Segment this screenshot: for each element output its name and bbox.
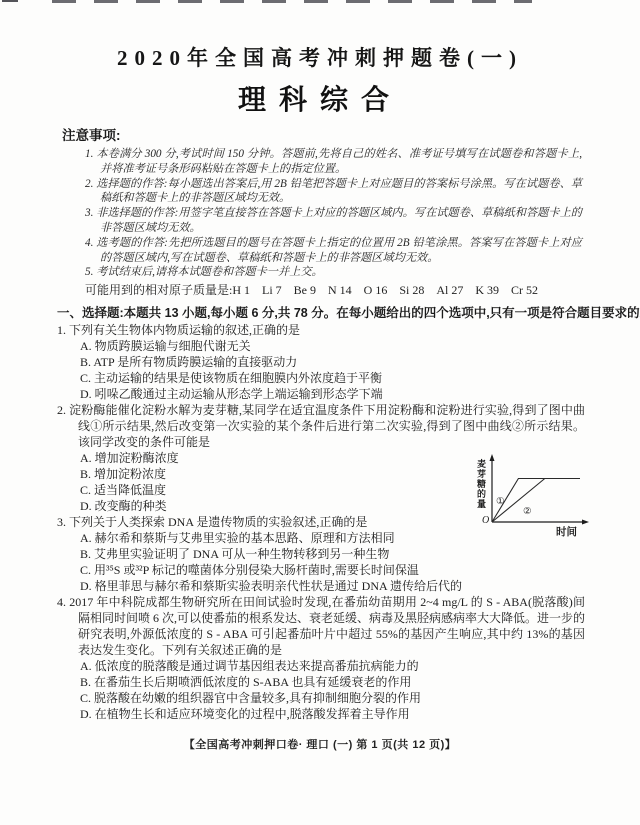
question-number: 3. bbox=[57, 515, 66, 529]
exam-title: 2020年全国高考冲刺押题卷(一) bbox=[0, 46, 640, 70]
notice-item: 4. 选考题的作答:先把所选题目的题号在答题卡上指定的位置用 2B 铅笔涂黑。答… bbox=[85, 236, 582, 266]
option-row: A. 物质跨膜运输与细胞代谢无关 bbox=[80, 338, 585, 354]
question-stem: 4. 2017 年中科院成都生物研究所在田间试验时发现,在番茄幼苗期用 2~4 … bbox=[57, 594, 585, 658]
page-footer: 【全国高考冲刺押口卷· 理口 (一) 第 1 页(共 12 页)】 bbox=[0, 736, 640, 752]
option-row: A. 低浓度的脱落酸是通过调节基因组表达来提高番茄抗病能力的 bbox=[80, 658, 585, 674]
y-axis-arrow-icon bbox=[490, 454, 495, 461]
option-row: B. 在番茄生长后期喷洒低浓度的 S-ABA 也具有延缓衰老的作用 bbox=[80, 674, 585, 690]
x-axis-label: 时间 bbox=[556, 524, 577, 539]
question-stem: 1. 下列有关生物体内物质运输的叙述,正确的是 bbox=[57, 322, 585, 338]
question-stem: 2. 淀粉酶能催化淀粉水解为麦芽糖,某同学在适宜温度条件下用淀粉酶和淀粉进行实验… bbox=[57, 402, 585, 450]
curve-1-label: ① bbox=[496, 496, 505, 507]
notice-item: 2. 选择题的作答:每小题选出答案后,用 2B 铅笔把答题卡上对应题目的答案标号… bbox=[85, 177, 582, 207]
notice-list: 1. 本卷满分 300 分,考试时间 150 分钟。答题前,先将自己的姓名、准考… bbox=[85, 147, 582, 280]
atomic-mass-line: 可能用到的相对原子质量是:H 1 Li 7 Be 9 N 14 O 16 Si … bbox=[85, 282, 585, 298]
option-row: D. 吲哚乙酸通过主动运输从形态学上端运输到形态学下端 bbox=[80, 386, 585, 402]
subject-title: 理科综合 bbox=[0, 86, 640, 116]
notice-item: 1. 本卷满分 300 分,考试时间 150 分钟。答题前,先将自己的姓名、准考… bbox=[85, 147, 582, 177]
option-row: D. 格里菲思与赫尔希和蔡斯实验表明亲代性状是通过 DNA 遗传给后代的 bbox=[80, 578, 585, 594]
question-4: 4. 2017 年中科院成都生物研究所在田间试验时发现,在番茄幼苗期用 2~4 … bbox=[57, 594, 585, 722]
question-number: 4. bbox=[57, 595, 66, 609]
section-heading: 一、选择题:本题共 13 小题,每小题 6 分,共 78 分。在每小题给出的四个… bbox=[57, 305, 640, 322]
footer-text: 【全国高考冲刺押口卷· 理口 (一) 第 1 页(共 12 页)】 bbox=[184, 739, 457, 751]
origin-label: O bbox=[482, 515, 489, 526]
x-axis-arrow-icon bbox=[582, 520, 589, 525]
question-number: 1. bbox=[57, 323, 66, 337]
option-row: B. ATP 是所有物质跨膜运输的直接驱动力 bbox=[80, 354, 585, 370]
question-number: 2. bbox=[57, 403, 66, 417]
q2-maltose-time-chart: 麦芽糖的量 ① ② O 时间 bbox=[470, 452, 595, 540]
question-1: 1. 下列有关生物体内物质运输的叙述,正确的是 A. 物质跨膜运输与细胞代谢无关… bbox=[57, 322, 585, 402]
notice-item: 3. 非选择题的作答:用签字笔直接答在答题卡上对应的答题区域内。写在试题卷、草稿… bbox=[85, 206, 582, 236]
scan-artifact bbox=[0, 0, 640, 3]
option-row: B. 艾弗里实验证明了 DNA 可从一种生物转移到另一种生物 bbox=[80, 546, 585, 562]
exam-paper-page: 2020年全国高考冲刺押题卷(一) 理科综合 注意事项: 1. 本卷满分 300… bbox=[0, 0, 640, 825]
option-row: C. 用³⁵S 或³²P 标记的噬菌体分别侵染大肠杆菌时,需要长时间保温 bbox=[80, 562, 585, 578]
option-row: C. 脱落酸在幼嫩的组织器官中含量较多,具有抑制细胞分裂的作用 bbox=[80, 690, 585, 706]
notice-heading: 注意事项: bbox=[62, 128, 640, 144]
notice-item: 5. 考试结束后,请将本试题卷和答题卡一并上交。 bbox=[85, 265, 582, 280]
option-row: C. 主动运输的结果是使该物质在细胞膜内外浓度趋于平衡 bbox=[80, 370, 585, 386]
curve-1 bbox=[492, 479, 580, 523]
curve-2-label: ② bbox=[523, 506, 532, 517]
option-row: D. 在植物生长和适应环境变化的过程中,脱落酸发挥着主导作用 bbox=[80, 706, 585, 722]
